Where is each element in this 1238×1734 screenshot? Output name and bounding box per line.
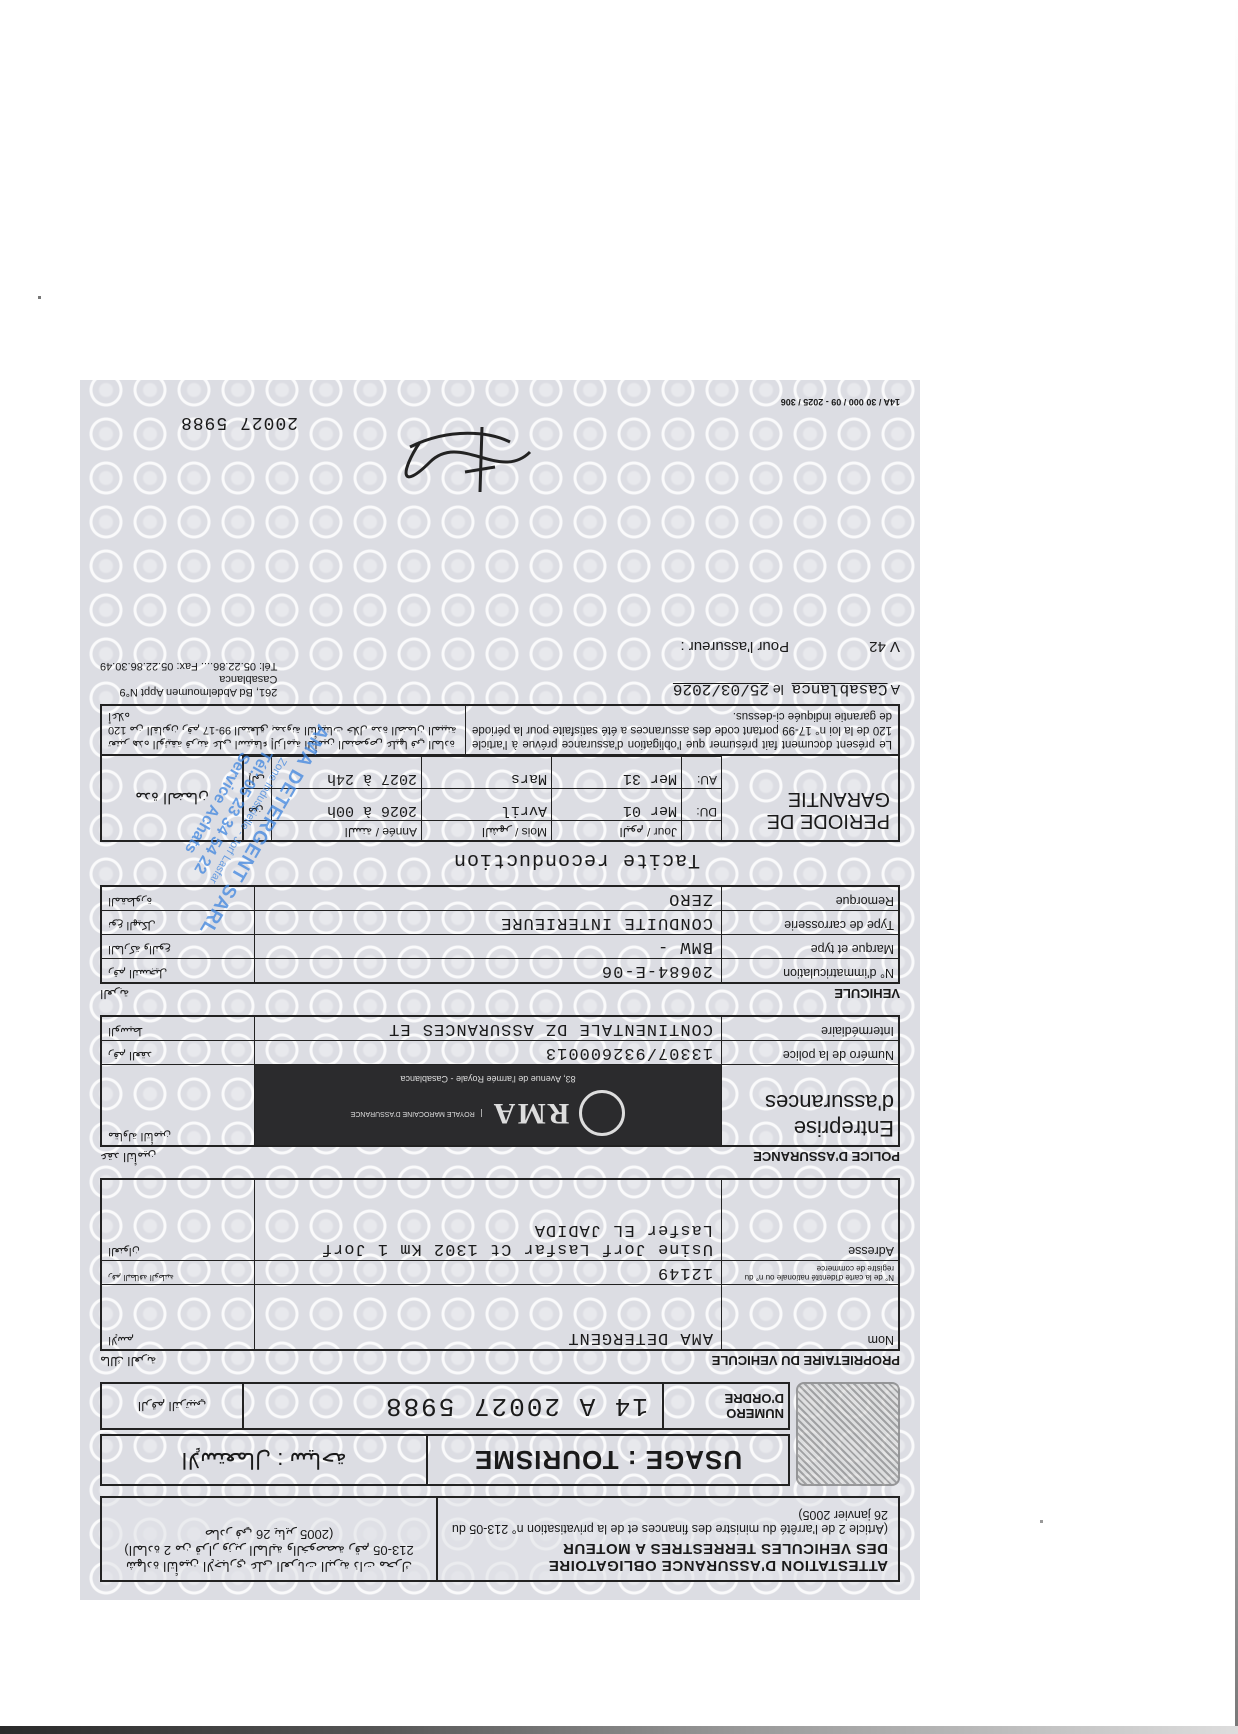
field-label-ar: رقم العقد [102, 1041, 254, 1064]
policy-number-value: 13307/932600013 [254, 1041, 721, 1064]
date-prefix: le [773, 682, 784, 698]
field-label: Adresse [721, 1180, 898, 1260]
insurer-label: Entreprise d'assurances [721, 1065, 898, 1145]
print-run-code: 14A / 30 000 / 09 - 2025 / 306 [781, 397, 900, 407]
place-prefix: A [891, 682, 900, 698]
owner-address-value: Usine Jorf Lasfar Ct 1302 Km 1 Jorf Lasf… [254, 1180, 721, 1260]
scan-speck [1040, 1520, 1043, 1523]
usage-ar: الإستعمال : سياحة [102, 1436, 426, 1484]
owner-name-value: AMA DETERGENT [254, 1285, 721, 1349]
policy-table: Entreprise d'assurances RMA ROYALE MAROC… [100, 1015, 900, 1147]
insurance-certificate: ATTESTATION D'ASSURANCE OBLIGATOIRE DES … [80, 380, 920, 1600]
from-month: Avril [421, 788, 551, 820]
field-label: Type de carrosserie [721, 911, 898, 934]
table-row: Entreprise d'assurances RMA ROYALE MAROC… [102, 1064, 898, 1145]
header-month: Mois / الشهر [421, 820, 551, 840]
issue-date: 25/03/2026 [673, 680, 769, 698]
field-label-ar: الماركة والنوع [102, 935, 254, 958]
order-number-box: NUMERO D'ORDRE 14 A 20027 5988 الرقم الت… [100, 1382, 790, 1430]
table-row: Adresse Usine Jorf Lasfar Ct 1302 Km 1 J… [102, 1180, 898, 1260]
title-line-2: DES VEHICULES TERRESTRES A MOTEUR [448, 1540, 888, 1557]
header-year: Année / السنة [271, 820, 421, 840]
policy-section-title-ar: عقد التأمين [100, 1149, 156, 1164]
guarantee-grid: Jour / اليوم Mois / الشهر Année / السنة … [242, 756, 721, 840]
field-label: Nom [721, 1285, 898, 1349]
title-line-1: ATTESTATION D'ASSURANCE OBLIGATOIRE [448, 1557, 888, 1574]
owner-id-value: 12149 [254, 1261, 721, 1284]
field-label-ar: العنوان [102, 1180, 254, 1260]
field-label: Numéro de la police [721, 1041, 898, 1064]
title-fr: ATTESTATION D'ASSURANCE OBLIGATOIRE DES … [436, 1498, 898, 1580]
certificate-serial: 20027 5988 [180, 412, 298, 432]
scan-speck [38, 296, 41, 299]
owner-section-header: PROPRIETAIRE DU VEHICULE مالك العربة [100, 1353, 900, 1368]
signature-icon [390, 422, 540, 502]
usage-box: USAGE : TOURISME الإستعمال : سياحة [100, 1434, 790, 1486]
insurer-label-ar: مقاولة التأمين [102, 1065, 254, 1145]
owner-table: Nom AMA DETERGENT الإسم N° de la carte d… [100, 1178, 900, 1351]
policy-section-title: POLICE D'ASSURANCE [753, 1149, 900, 1164]
vehicle-section-title-ar: العربة [100, 986, 129, 1001]
table-row: Intermédiaire CONTINENTALE DZ ASSURANCES… [102, 1017, 898, 1040]
from-tag: DU: [681, 788, 721, 820]
rma-emblem-icon [579, 1090, 625, 1136]
insurer-tagline: ROYALE MAROCAINE D'ASSURANCE [351, 1109, 482, 1117]
field-label: N° d'immatriculation [721, 959, 898, 982]
insurer-address: 83, Avenue de l'armée Royale - Casablanc… [400, 1074, 575, 1084]
legal-text-fr: Le présent document fait présumer que l'… [465, 706, 898, 754]
body-type-value: CONDUITE INTERIEURE [254, 911, 721, 934]
field-label: N° de la carte d'identité nationale ou n… [721, 1261, 898, 1284]
agent-address-line1: 261, Bd Abdelmoumen Appt N°9 [100, 685, 277, 698]
signature-row: A Casablanca le 25/03/2026 261, Bd Abdel… [100, 659, 900, 698]
field-label-ar: الإسم [102, 1285, 254, 1349]
legal-notice: Le présent document fait présumer que l'… [100, 704, 900, 754]
vehicle-section-header: VEHICULE العربة [100, 986, 900, 1001]
to-month: Mars [421, 756, 551, 788]
vehicle-section-title: VEHICULE [834, 986, 900, 1001]
field-label-ar: رقم التسجيل [102, 959, 254, 982]
version-code: V 42 [869, 638, 900, 655]
order-number-value: 14 A 20027 5988 [242, 1384, 662, 1428]
trailer-value: ZERO [254, 887, 721, 910]
usage-fr: USAGE : TOURISME [426, 1436, 788, 1484]
from-day: Mer 01 [551, 788, 681, 820]
table-row: Marque et type BMW - الماركة والنوع [102, 934, 898, 958]
intermediary-value: CONTINENTALE DZ ASSURANCES ET [254, 1017, 721, 1040]
order-number-label: NUMERO D'ORDRE [662, 1384, 788, 1428]
to-day: Mer 31 [551, 756, 681, 788]
certificate-title-block: ATTESTATION D'ASSURANCE OBLIGATOIRE DES … [100, 1496, 900, 1582]
agent-address-line2: Casablanca [100, 672, 277, 685]
for-insurer-label: Pour l'assureur : [680, 638, 789, 655]
title-reference: (Article 2 de l'arrêté du ministre des f… [448, 1508, 888, 1536]
guarantee-label: PERIODE DE GARANTIE [721, 756, 898, 840]
insurer-logo-banner: RMA ROYALE MAROCAINE D'ASSURANCE 83, Ave… [254, 1065, 721, 1145]
agent-phone: Tél: 05.22.86.... Fax: 05.22.86.30.49 [100, 659, 277, 672]
field-label-ar: رقم البطاقة الوطنية [102, 1261, 254, 1284]
table-row: Numéro de la police 13307/932600013 رقم … [102, 1040, 898, 1064]
owner-section-title: PROPRIETAIRE DU VEHICULE [712, 1353, 900, 1368]
owner-section-title-ar: مالك العربة [100, 1353, 156, 1368]
table-row: N° de la carte d'identité nationale ou n… [102, 1260, 898, 1284]
title-ar: شهادة التأمين الإجباري على العربات البري… [102, 1498, 436, 1580]
field-label: Remorque [721, 887, 898, 910]
header-day: Jour / اليوم [551, 820, 681, 840]
field-label-ar: الوسيط [102, 1017, 254, 1040]
make-type-value: BMW - [254, 935, 721, 958]
policy-section-header: POLICE D'ASSURANCE عقد التأمين [100, 1149, 900, 1164]
security-hologram [796, 1382, 900, 1486]
order-number-label-ar: الرقم الترتيبي [102, 1384, 242, 1428]
registration-value: 20684-E-06 [254, 959, 721, 982]
field-label: Intermédiaire [721, 1017, 898, 1040]
table-row: Nom AMA DETERGENT الإسم [102, 1284, 898, 1349]
insurer-name: RMA [492, 1096, 570, 1130]
table-row: N° d'immatriculation 20684-E-06 رقم التس… [102, 958, 898, 982]
to-tag: AU: [681, 756, 721, 788]
issue-place: Casablanca [792, 680, 888, 698]
field-label: Marque et type [721, 935, 898, 958]
scan-edge [0, 1726, 1238, 1734]
